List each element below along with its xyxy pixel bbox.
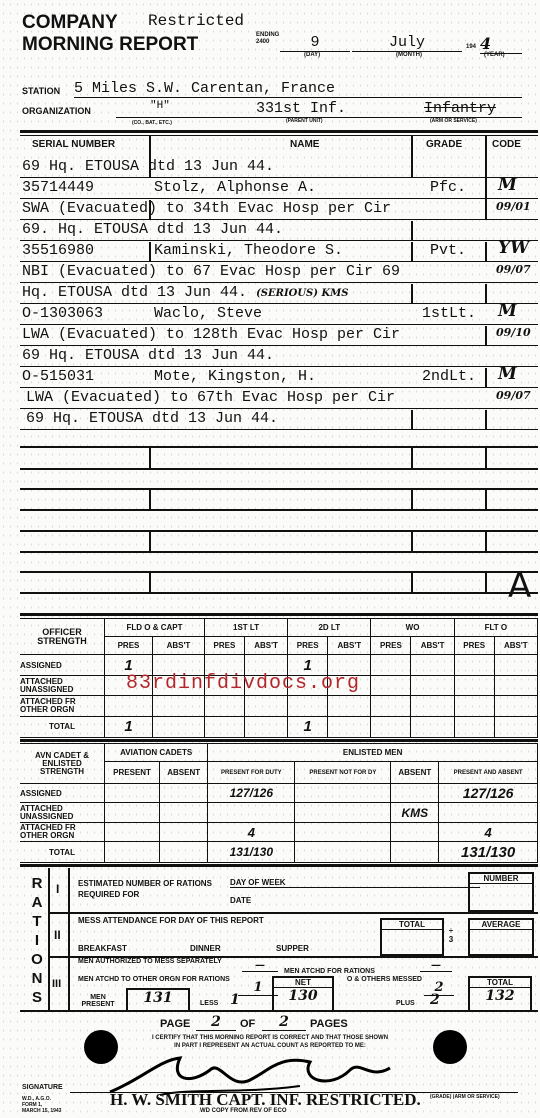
row-text: 69. Hq. ETOUSA dtd 13 Jun 44.: [20, 221, 283, 238]
table-row: 35516980 Kaminski, Theodore S. Pvt. YW: [20, 242, 538, 262]
col-header-code: CODE: [492, 139, 521, 150]
code-value: 09/07: [496, 389, 531, 402]
divide-by-three: ÷ 3: [446, 926, 456, 944]
subcol-abst: ABS'T: [152, 637, 204, 655]
cell: 4: [208, 822, 295, 841]
officer-row-attached-other: ATTACHED FR OTHER ORGN: [20, 696, 538, 716]
code-mark: YW: [498, 238, 529, 258]
cell: [371, 655, 411, 676]
rule: [20, 446, 538, 448]
col-divider: [485, 326, 487, 346]
col-divider: [411, 242, 413, 262]
subcol-pres: PRES: [371, 637, 411, 655]
section-ii-label: MESS ATTENDANCE FOR DAY OF THIS REPORT: [78, 916, 264, 925]
col-divider: [411, 221, 413, 241]
col-divider: [411, 571, 413, 593]
rule: [20, 571, 538, 573]
row-text: 69 Hq. ETOUSA dtd 13 Jun 44.: [20, 410, 278, 427]
plus-label: PLUS: [396, 1000, 415, 1007]
report-day: 9: [280, 34, 350, 52]
average-label: AVERAGE: [470, 920, 532, 930]
letter: S: [30, 988, 44, 1007]
row-label: TOTAL: [20, 716, 105, 737]
organization-company: "H": [150, 100, 170, 112]
officer-strength-title: OFFICER STRENGTH: [20, 619, 105, 655]
supper-label: SUPPER: [276, 944, 309, 953]
certification-text: I CERTIFY THAT THIS MORNING REPORT IS CO…: [150, 1034, 390, 1050]
officer-row-total: TOTAL 1 1: [20, 716, 538, 737]
code-mark: M: [498, 175, 517, 195]
col-divider: [485, 368, 487, 388]
rule: [20, 551, 538, 553]
row-label: ASSIGNED: [20, 784, 105, 803]
col-present: PRESENT: [105, 762, 160, 784]
letter: A: [30, 893, 44, 912]
cell: [454, 655, 494, 676]
wd-note: WD COPY FROM REV OF ECO: [200, 1108, 287, 1114]
col-absent: ABSENT: [160, 762, 208, 784]
section-rule: [20, 739, 538, 742]
letter: O: [30, 950, 44, 969]
section-ii-numeral: II: [54, 928, 61, 942]
enlisted-row-attached-unassigned: ATTACHED UNASSIGNED KMS: [20, 803, 538, 822]
plus-value: 2: [430, 992, 440, 1008]
year-caption: (YEAR): [484, 52, 505, 58]
enlisted-row-total: TOTAL 131/130 131/130: [20, 842, 538, 863]
cell: 131/130: [439, 842, 538, 863]
men-present-box: 131: [126, 988, 190, 1012]
atchd-other-label: MEN ATCHD TO OTHER ORGN FOR RATIONS: [78, 976, 258, 984]
day-caption: (DAY): [304, 52, 320, 58]
net-value: 130: [274, 988, 332, 1004]
subcol-abst: ABS'T: [328, 637, 371, 655]
row-text: 69 Hq. ETOUSA dtd 13 Jun 44.: [20, 158, 274, 175]
organization-arm: Infantry: [424, 100, 496, 117]
col-divider: [149, 242, 151, 262]
table-row: LWA (Evacuated) to 128th Evac Hosp per C…: [20, 326, 538, 346]
form-title-company: COMPANY: [22, 12, 118, 34]
row-label: ATTACHED UNASSIGNED: [20, 676, 105, 696]
total-label: TOTAL: [470, 978, 530, 988]
rations-side-label: R A T I O N S: [30, 874, 44, 1007]
group-1st-lt: 1ST LT: [204, 619, 287, 637]
subcol-pres: PRES: [204, 637, 244, 655]
row-text: LWA (Evacuated) to 67th Evac Hosp per Ci…: [20, 389, 395, 406]
col-present-and-absent: PRESENT AND ABSENT: [439, 762, 538, 784]
atchd-rations-value: —: [420, 960, 452, 972]
enlisted-strength-table: AVN CADET & ENLISTED STRENGTH AVIATION C…: [20, 743, 538, 863]
cell: [494, 655, 537, 676]
table-row: 69 Hq. ETOUSA dtd 13 Jun 44.: [20, 158, 538, 178]
less-label: LESS: [200, 1000, 218, 1007]
net-label: NET: [274, 978, 332, 988]
letter: R: [30, 874, 44, 893]
row-label: ATTACHED UNASSIGNED: [20, 803, 105, 822]
form-number: W.D., A.G.O. FORM 1, MARCH 15, 1943: [22, 1096, 62, 1114]
year-prefix: 194: [466, 44, 476, 50]
group-flt-o: FLT O: [454, 619, 537, 637]
table-row: 69. Hq. ETOUSA dtd 13 Jun 44.: [20, 221, 538, 241]
table-row: LWA (Evacuated) to 67th Evac Hosp per Ci…: [20, 389, 538, 409]
day-of-week-field: DAY OF WEEK: [230, 878, 480, 888]
code-mark: M: [498, 364, 517, 384]
table-row: 69 Hq. ETOUSA dtd 13 Jun 44.: [20, 410, 538, 430]
col-divider: [411, 158, 413, 178]
col-em-absent: ABSENT: [391, 762, 439, 784]
serial-number: 35516980: [22, 242, 94, 259]
total-pages: 2: [262, 1014, 306, 1031]
end-of-report-mark: A: [508, 566, 531, 606]
station-value: 5 Miles S.W. Carentan, France: [74, 80, 522, 98]
section-iii-numeral: III: [52, 978, 61, 990]
subcol-pres: PRES: [288, 637, 328, 655]
col-divider: [149, 446, 151, 468]
org-caption-company: (CO., BAT., ETC.): [132, 120, 172, 126]
row-label: ATTACHED FR OTHER ORGN: [20, 696, 105, 716]
soldier-name: Kaminski, Theodore S.: [154, 242, 343, 259]
table-row: SWA (Evacuated) to 34th Evac Hosp per Ci…: [20, 200, 538, 220]
subcol-pres: PRES: [454, 637, 494, 655]
auth-separately-value: —: [242, 960, 278, 972]
of-label: OF: [240, 1018, 255, 1030]
signer-name-stamp: H. W. SMITH CAPT. INF. RESTRICTED.: [110, 1090, 421, 1110]
col-divider: [149, 571, 151, 593]
rations-section: R A T I O N S I ESTIMATED NUMBER OF RATI…: [20, 868, 538, 1012]
rule: [20, 592, 538, 594]
grade: 2ndLt.: [422, 368, 476, 385]
col-divider: [411, 530, 413, 552]
table-top-rule: [20, 130, 538, 133]
col-divider: [485, 571, 487, 593]
cell: 4: [439, 822, 538, 841]
grade: Pvt.: [430, 242, 466, 259]
page-number: 2: [196, 1014, 236, 1031]
col-header-serial: SERIAL NUMBER: [32, 139, 115, 150]
men-present-label: MEN PRESENT: [78, 994, 118, 1008]
date-label: DATE: [230, 896, 251, 905]
initials: KMS: [391, 803, 439, 822]
section-i-label: ESTIMATED NUMBER OF RATIONS REQUIRED FOR: [78, 878, 218, 900]
ration-total-value: 132: [470, 988, 530, 1004]
section-i-numeral: I: [56, 882, 59, 896]
row-text: NBI (Evacuated) to 67 Evac Hosp per Cir …: [20, 263, 400, 280]
row-text: LWA (Evacuated) to 128th Evac Hosp per C…: [20, 326, 400, 343]
total-label: TOTAL: [382, 920, 442, 930]
col-divider: [485, 158, 487, 220]
col-divider: [485, 446, 487, 468]
grade: Pfc.: [430, 179, 466, 196]
cell: 131/130: [208, 842, 295, 863]
pages-label: PAGES: [310, 1018, 348, 1030]
letter: I: [30, 931, 44, 950]
divider: [48, 912, 538, 914]
soldier-name: Mote, Kingston, H.: [154, 368, 316, 385]
col-divider: [149, 158, 151, 178]
table-row: O-515031 Mote, Kingston, H. 2ndLt. M: [20, 368, 538, 388]
col-divider: [411, 410, 413, 430]
report-month: July: [352, 34, 462, 52]
mess-total-box: TOTAL: [380, 918, 444, 956]
ending-label: ENDING 2400: [256, 32, 278, 46]
group-fld-o-capt: FLD O & CAPT: [105, 619, 205, 637]
rule: [20, 488, 538, 490]
table-row: 69 Hq. ETOUSA dtd 13 Jun 44.: [20, 347, 538, 367]
report-year: 4: [480, 34, 522, 54]
cell: [411, 655, 454, 676]
average-box: AVERAGE: [468, 918, 534, 956]
organization-label: ORGANIZATION: [22, 106, 91, 116]
row-text: SWA (Evacuated) to 34th Evac Hosp per Ci…: [20, 200, 391, 217]
soldier-name: Waclo, Steve: [154, 305, 262, 322]
code-mark: M: [498, 301, 517, 321]
section-rule: [20, 864, 538, 867]
col-header-grade: GRADE: [426, 139, 462, 150]
table-top-rule-thin: [20, 135, 538, 136]
col-divider: [485, 530, 487, 552]
col-divider: [485, 242, 487, 262]
letter: T: [30, 912, 44, 931]
subcol-abst: ABS'T: [244, 637, 287, 655]
subcol-abst: ABS'T: [411, 637, 454, 655]
rule: [20, 468, 538, 470]
form-title-morning-report: MORNING REPORT: [22, 34, 198, 56]
row-text: Hq. ETOUSA dtd 13 Jun 44.: [20, 284, 247, 301]
enlisted-strength-title: AVN CADET & ENLISTED STRENGTH: [20, 744, 105, 784]
net-box: NET 130: [272, 976, 334, 1012]
col-divider: [485, 410, 487, 430]
page-label: PAGE: [160, 1018, 190, 1030]
table-row: Hq. ETOUSA dtd 13 Jun 44. (SERIOUS) KMS: [20, 284, 538, 304]
code-value: 09/10: [496, 326, 531, 339]
col-header-name: NAME: [290, 139, 319, 150]
breakfast-label: BREAKFAST: [78, 944, 127, 953]
col-divider: [149, 200, 151, 220]
ration-total-box: TOTAL 132: [468, 976, 532, 1012]
cell: 1: [288, 716, 328, 737]
group-wo: WO: [371, 619, 454, 637]
table-row: NBI (Evacuated) to 67 Evac Hosp per Cir …: [20, 263, 538, 283]
col-divider: [411, 488, 413, 510]
enlisted-row-assigned: ASSIGNED 127/126 127/126: [20, 784, 538, 803]
punch-hole-right: [433, 1030, 467, 1064]
group-enlisted-men: ENLISTED MEN: [208, 744, 538, 762]
col-present-for-duty: PRESENT FOR DUTY: [208, 762, 295, 784]
col-divider: [149, 530, 151, 552]
row-text: 69 Hq. ETOUSA dtd 13 Jun 44.: [20, 347, 274, 364]
classification-label: Restricted: [148, 12, 244, 30]
section-rule: [20, 613, 538, 616]
org-caption-arm: (ARM OR SERVICE): [430, 118, 477, 124]
serial-number: 35714449: [22, 179, 94, 196]
col-divider: [485, 284, 487, 304]
others-messed-label: O & OTHERS MESSED: [342, 976, 422, 984]
atchd-rations-label: MEN ATCHD FOR RATIONS: [284, 968, 375, 975]
station-label: STATION: [22, 86, 60, 96]
month-caption: (MONTH): [396, 52, 422, 58]
watermark: 83rdinfdivdocs.org: [126, 672, 360, 695]
grade: 1stLt.: [422, 305, 476, 322]
group-aviation-cadets: AVIATION CADETS: [105, 744, 208, 762]
number-box: NUMBER: [468, 872, 534, 912]
divider: [48, 868, 50, 1010]
organization-unit: 331st Inf.: [256, 100, 346, 117]
row-label: ASSIGNED: [20, 655, 105, 676]
col-present-not-for-duty: PRESENT NOT FOR DY: [295, 762, 391, 784]
serial-number: O-1303063: [22, 305, 103, 322]
cell: 127/126: [208, 784, 295, 803]
code-value: 09/07: [496, 263, 531, 276]
rule: [20, 530, 538, 532]
subcol-pres: PRES: [105, 637, 153, 655]
cell: 1: [105, 716, 153, 737]
soldier-name: Stolz, Alphonse A.: [154, 179, 316, 196]
cell: 127/126: [439, 784, 538, 803]
rule: [20, 509, 538, 511]
divider: [68, 868, 70, 1010]
table-row: O-1303063 Waclo, Steve 1stLt. M: [20, 305, 538, 325]
grade-caption: (GRADE) (ARM OR SERVICE): [430, 1094, 500, 1100]
serial-number: O-515031: [22, 368, 94, 385]
col-divider: [411, 136, 413, 158]
group-2d-lt: 2D LT: [288, 619, 371, 637]
dinner-label: DINNER: [190, 944, 221, 953]
col-divider: [411, 446, 413, 468]
col-divider: [485, 488, 487, 510]
col-divider: [485, 136, 487, 158]
letter: N: [30, 969, 44, 988]
enlisted-row-attached-other: ATTACHED FR OTHER ORGN 4 4: [20, 822, 538, 841]
col-divider: [149, 488, 151, 510]
col-divider: [149, 136, 151, 158]
code-value: 09/01: [496, 200, 531, 213]
col-divider: [411, 284, 413, 304]
number-label: NUMBER: [470, 874, 532, 884]
men-present-value: 131: [128, 990, 188, 1006]
table-row: 35714449 Stolz, Alphonse A. Pfc. M: [20, 179, 538, 199]
subcol-abst: ABS'T: [494, 637, 537, 655]
org-caption-unit: (PARENT UNIT): [286, 118, 323, 124]
less-value: 1: [230, 992, 240, 1008]
handwritten-annotation: (SERIOUS) KMS: [256, 288, 348, 299]
signature-label: SIGNATURE: [22, 1084, 63, 1091]
row-label: ATTACHED FR OTHER ORGN: [20, 822, 105, 841]
row-label: TOTAL: [20, 842, 105, 863]
